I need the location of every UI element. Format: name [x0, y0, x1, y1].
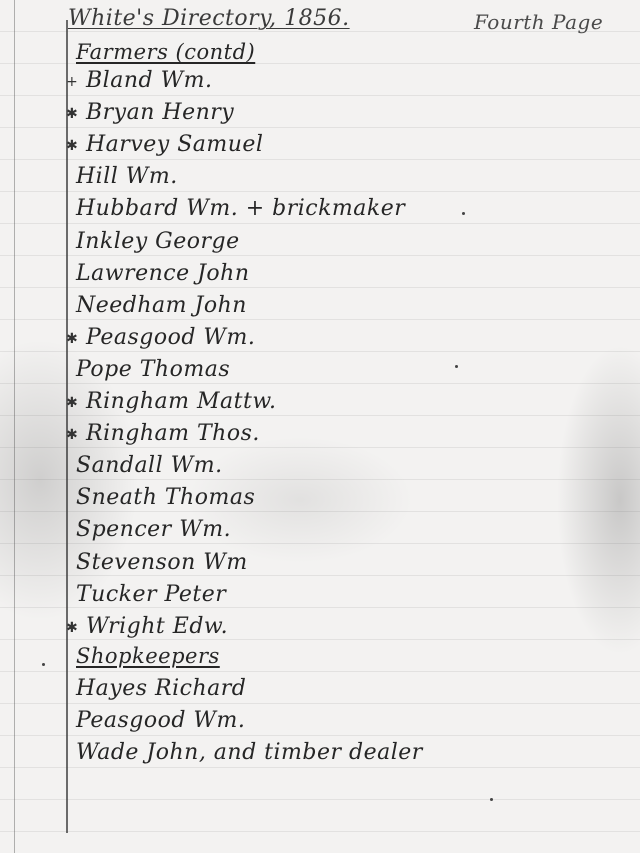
- directory-entry: Lawrence John: [76, 261, 250, 286]
- directory-entry: Wade John, and timber dealer: [76, 740, 423, 765]
- directory-entry: Sneath Thomas: [76, 485, 255, 510]
- directory-entry: Wright Edw.: [86, 614, 228, 639]
- directory-entry: Stevenson Wm: [76, 550, 248, 575]
- directory-entry: Ringham Thos.: [86, 421, 260, 446]
- directory-entry: Needham John: [76, 293, 247, 318]
- asterisk-marker-icon: ✱: [66, 395, 78, 411]
- directory-entry: Harvey Samuel: [86, 132, 263, 157]
- speck-mark: [455, 365, 458, 368]
- directory-entry: Spencer Wm.: [76, 517, 231, 542]
- directory-entry: Bland Wm.: [86, 68, 213, 93]
- asterisk-marker-icon: ✱: [66, 106, 78, 122]
- directory-entry: Bryan Henry: [86, 100, 234, 125]
- asterisk-marker-icon: ✱: [66, 138, 78, 154]
- asterisk-marker-icon: ✱: [66, 620, 78, 636]
- document-title: White's Directory, 1856.: [68, 6, 350, 31]
- directory-entry: Hill Wm.: [76, 164, 178, 189]
- speck-mark: [42, 663, 45, 666]
- section-heading-farmers: Farmers (contd): [76, 40, 255, 64]
- directory-entry: Inkley George: [76, 229, 240, 254]
- asterisk-marker-icon: ✱: [66, 427, 78, 443]
- asterisk-marker-icon: ✱: [66, 331, 78, 347]
- directory-entry: Tucker Peter: [76, 582, 226, 607]
- section-heading-shopkeepers: Shopkeepers: [76, 644, 220, 668]
- directory-entry: Pope Thomas: [76, 357, 230, 382]
- scanned-page: White's Directory, 1856. Fourth Page Far…: [0, 0, 640, 853]
- directory-entry: Sandall Wm.: [76, 453, 223, 478]
- outer-margin-rule: [14, 0, 15, 853]
- page-label: Fourth Page: [474, 10, 603, 34]
- directory-entry: Hayes Richard: [76, 676, 246, 701]
- directory-entry: Peasgood Wm.: [86, 325, 255, 350]
- plus-marker-icon: +: [66, 74, 78, 90]
- directory-entry: Ringham Mattw.: [86, 389, 277, 414]
- directory-entry: Peasgood Wm.: [76, 708, 245, 733]
- speck-mark: [490, 798, 493, 801]
- speck-mark: [462, 212, 465, 215]
- directory-entry: Hubbard Wm. + brickmaker: [76, 196, 405, 221]
